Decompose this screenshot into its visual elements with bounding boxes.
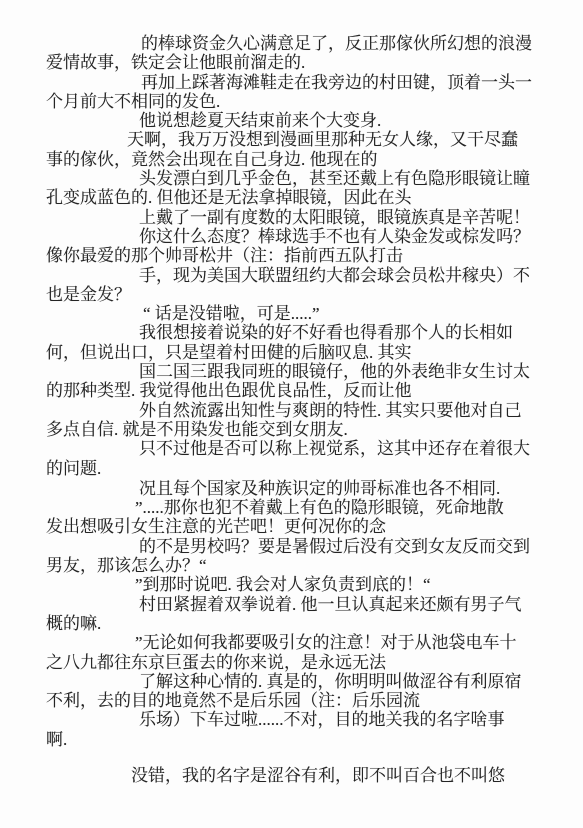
- text-line: 概的嘛.: [46, 614, 546, 633]
- text-line: 发出想吸引女生注意的光芒吧！更何况你的念: [46, 517, 546, 536]
- text-line: 村田紧握着双拳说着. 他一旦认真起来还颇有男子气: [46, 595, 546, 614]
- text-line: 了解这种心情的. 真是的，你明明叫做涩谷有利原宿: [46, 672, 546, 691]
- text-line: 只不过他是否可以称上视觉系，这其中还存在着很大: [46, 439, 546, 458]
- text-line: 孔变成蓝色的. 但他还是无法拿掉眼镜，因此在头: [46, 188, 546, 207]
- text-line: 的不是男校吗？要是暑假过后没有交到女友反而交到: [46, 537, 546, 556]
- text-line: 个月前大不相同的发色.: [46, 92, 546, 111]
- text-line: ”到那时说吧. 我会对人家负责到底的！“: [46, 575, 546, 594]
- text-line: 再加上踩著海滩鞋走在我旁边的村田键，顶着一头一: [46, 73, 546, 92]
- text-line: ”.....那你也犯不着戴上有色的隐形眼镜，死命地散: [46, 498, 546, 517]
- text-line: 的问题.: [46, 459, 546, 478]
- text-line: 他说想趁夏天结束前来个大变身.: [46, 111, 546, 130]
- text-line: 的那种类型. 我觉得他出色跟优良品性，反而让他: [46, 381, 546, 400]
- text-line: 外自然流露出知性与爽朗的特性. 其实只要他对自己: [46, 401, 546, 420]
- text-line: 天啊，我万万没想到漫画里那种无女人缘，又干尽蠢: [46, 130, 546, 149]
- text-line: 多点自信. 就是不用染发也能交到女朋友.: [46, 420, 546, 439]
- text-line: 手，现为美国大联盟纽约大都会球会员松井稼央）不: [46, 266, 546, 285]
- text-line: 头发漂白到几乎金色，甚至还戴上有色隐形眼镜让瞳: [46, 169, 546, 188]
- text-line: 事的傢伙，竟然会出现在自己身边. 他现在的: [46, 150, 546, 169]
- text-line: 爱情故事，铁定会让他眼前溜走的.: [46, 53, 546, 72]
- text-line: 之八九都往东京巨蛋去的你来说，是永远无法: [46, 653, 546, 672]
- text-line: “ 话是没错啦，可是.....”: [46, 304, 546, 323]
- text-line: 不利，去的目的地竟然不是后乐园（注：后乐园流: [46, 691, 546, 710]
- text-line: 你这什么态度？棒球选手不也有人染金发或棕发吗？: [46, 227, 546, 246]
- text-line: 上戴了一副有度数的太阳眼镜，眼镜族真是辛苦呢！: [46, 208, 546, 227]
- text-line: ”无论如何我都要吸引女的注意！对于从池袋电车十: [46, 633, 546, 652]
- text-line: 也是金发？: [46, 285, 546, 304]
- text-line: 男友，那该怎么办？“: [46, 556, 546, 575]
- text-line: 没错，我的名字是涩谷有利，即不叫百合也不叫悠: [46, 766, 546, 785]
- text-line: 的棒球资金久心满意足了，反正那傢伙所幻想的浪漫: [46, 34, 546, 53]
- page-text: 的棒球资金久心满意足了，反正那傢伙所幻想的浪漫爱情故事，铁定会让他眼前溜走的.再…: [46, 34, 546, 785]
- text-line: 我很想接着说染的好不好看也得看那个人的长相如: [46, 323, 546, 342]
- scanned-page: 的棒球资金久心满意足了，反正那傢伙所幻想的浪漫爱情故事，铁定会让他眼前溜走的.再…: [0, 0, 583, 828]
- text-line: 国二国三跟我同班的眼镜仔，他的外表绝非女生讨太: [46, 362, 546, 381]
- text-line: 何，但说出口，只是望着村田健的后脑叹息. 其实: [46, 343, 546, 362]
- text-line: 乐场）下车过啦......不对，目的地关我的名字啥事: [46, 710, 546, 729]
- text-line: 啊.: [46, 730, 546, 749]
- text-line: 况且每个国家及种族识定的帅哥标准也各不相同.: [46, 479, 546, 498]
- text-line: 像你最爱的那个帅哥松井（注：指前西五队打击: [46, 246, 546, 265]
